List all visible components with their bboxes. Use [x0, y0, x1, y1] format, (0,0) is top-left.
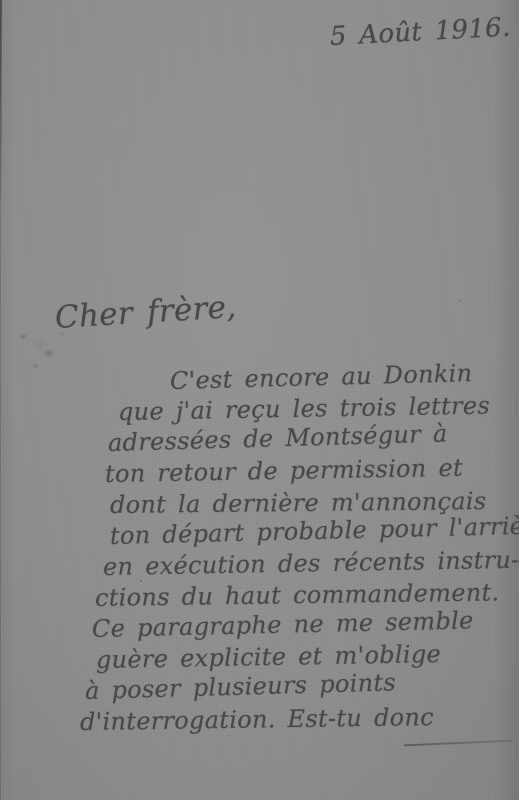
letter-date: 5 Août 1916. [329, 13, 511, 52]
ink-smudge [6, 316, 84, 380]
paper-speck [458, 300, 461, 302]
letter-line: ton retour de permission et [105, 452, 518, 490]
pen-flourish [404, 740, 512, 747]
page-edge-shadow-left [0, 0, 1, 800]
letter-body: C'est encore au Donkin que j'ai reçu les… [78, 366, 518, 738]
paper-speck [140, 580, 142, 582]
letter-line: d'interrogation. Est-tu donc [80, 701, 518, 738]
letter-page: 5 Août 1916. Cher frère, C'est encore au… [0, 0, 519, 800]
